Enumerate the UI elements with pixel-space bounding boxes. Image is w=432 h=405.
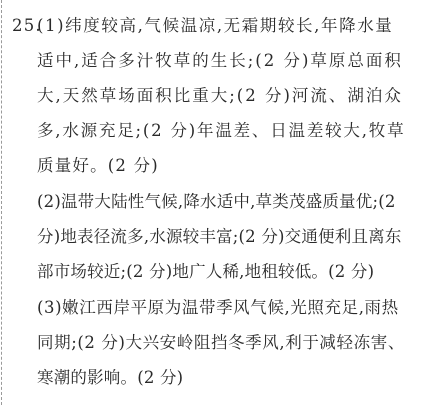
answer-line-3: 大,天然草场面积比重大;(2 分)河流、湖泊众 xyxy=(37,78,403,113)
answer-line-7: 分)地表径流多,水源较丰富;(2 分)交通便利且离东 xyxy=(37,219,402,254)
answer-line-9: (3)嫩江西岸平原为温带季风气候,光照充足,雨热 xyxy=(37,290,399,325)
answer-line-4: 多,水源充足;(2 分)年温差、日温差较大,牧草 xyxy=(37,113,405,148)
answer-line-2: 适中,适合多汁牧草的生长;(2 分)草原总面积 xyxy=(37,43,403,78)
answer-line-5: 质量好。(2 分) xyxy=(37,148,159,183)
answer-line-8: 部市场较近;(2 分)地广人稀,地租较低。(2 分) xyxy=(37,254,374,289)
answer-line-1: (1)纬度较高,气候温凉,无霜期较长,年降水量 xyxy=(37,8,393,43)
answer-line-10: 同期;(2 分)大兴安岭阻挡冬季风,利于减轻冻害、 xyxy=(37,325,405,360)
answer-line-11: 寒潮的影响。(2 分) xyxy=(37,360,183,395)
answer-line-6: (2)温带大陆性气候,降水适中,草类茂盛质量优;(2 xyxy=(37,184,396,219)
answer-document: 25. (1)纬度较高,气候温凉,无霜期较长,年降水量 适中,适合多汁牧草的生长… xyxy=(0,0,432,405)
